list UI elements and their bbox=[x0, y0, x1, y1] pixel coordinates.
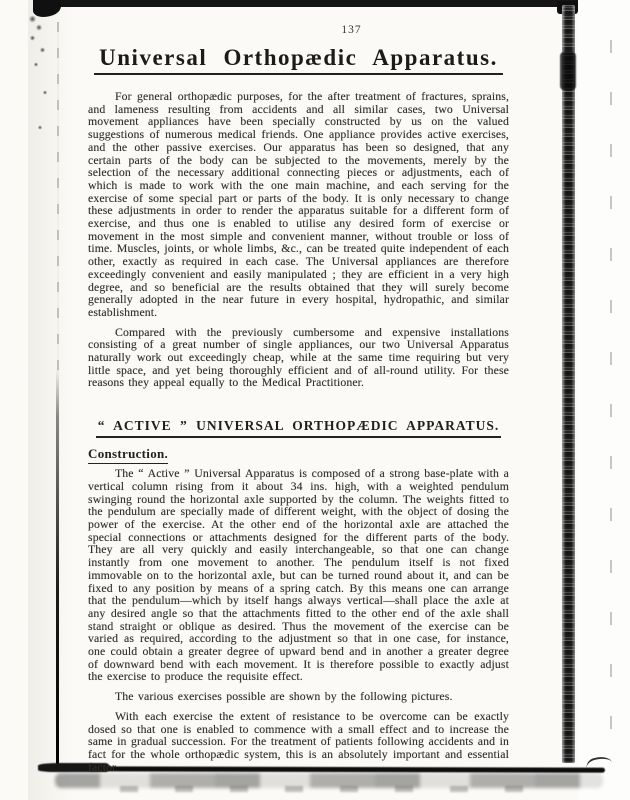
scanned-book-page: 137 Universal Orthopædic Apparatus. For … bbox=[0, 0, 630, 800]
scan-speck bbox=[36, 24, 42, 31]
construction-paragraph-2: The various exercises possible are shown… bbox=[88, 690, 509, 703]
scan-corner-wedge bbox=[33, 0, 61, 17]
scan-left-rule bbox=[56, 368, 59, 770]
title-row: Universal Orthopædic Apparatus. bbox=[88, 45, 509, 75]
section-heading: “ ACTIVE ” UNIVERSAL ORTHOPÆDIC APPARATU… bbox=[96, 418, 502, 438]
scan-speck bbox=[34, 62, 38, 67]
page-content: 137 Universal Orthopædic Apparatus. For … bbox=[88, 24, 509, 773]
page-number: 137 bbox=[88, 24, 509, 36]
intro-paragraph-2: Compared with the previously cumbersome … bbox=[88, 326, 509, 390]
construction-paragraph-3: With each exercise the extent of resista… bbox=[88, 710, 509, 774]
scan-edge-top bbox=[34, 0, 578, 7]
scan-faint-dashes bbox=[610, 40, 612, 750]
intro-paragraph-1: For general orthopædic purposes, for the… bbox=[88, 90, 509, 319]
page-margin-right bbox=[578, 0, 630, 800]
scan-edge-right-knot bbox=[560, 52, 576, 90]
scan-speck bbox=[30, 35, 35, 41]
scan-speck bbox=[43, 90, 47, 95]
scan-speck bbox=[40, 47, 45, 53]
scan-edge-right-band bbox=[562, 5, 575, 763]
scan-speck bbox=[38, 125, 42, 130]
construction-subheading: Construction. bbox=[88, 446, 168, 464]
scan-left-rule-faint bbox=[57, 22, 59, 372]
scan-speck bbox=[29, 15, 36, 23]
gutter-shadow bbox=[28, 0, 72, 800]
scan-bottom-right-hook bbox=[585, 754, 614, 774]
scan-edge-bottom-fuzz bbox=[55, 773, 603, 788]
page-title: Universal Orthopædic Apparatus. bbox=[94, 45, 503, 75]
scan-edge-bottom-dots bbox=[120, 786, 550, 792]
section-heading-row: “ ACTIVE ” UNIVERSAL ORTHOPÆDIC APPARATU… bbox=[88, 417, 509, 438]
construction-paragraph-1: The “ Active ” Universal Apparatus is co… bbox=[88, 467, 509, 683]
scan-edge-corner-right bbox=[557, 1, 578, 14]
